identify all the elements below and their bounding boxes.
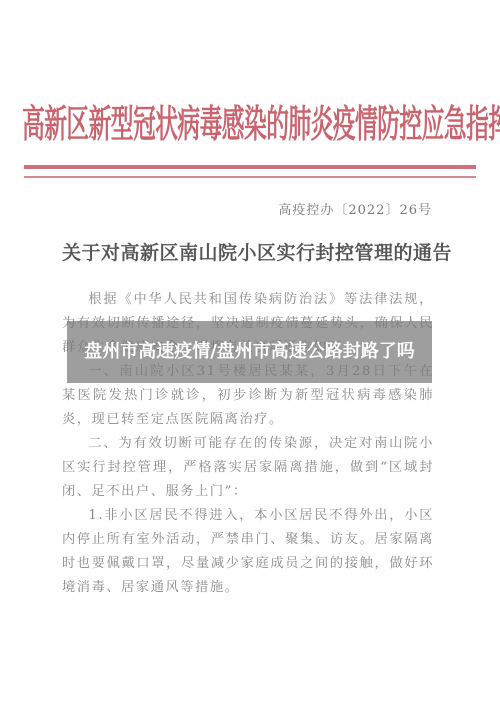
title-overlay-banner: 盘州市高速疫情/盘州市高速公路封路了吗 bbox=[67, 321, 432, 383]
document-title: 关于对高新区南山院小区实行封控管理的通告 bbox=[62, 238, 442, 265]
document-page: 高新区新型冠状病毒感染的肺炎疫情防控应急指挥部办公室 高疫控办〔2022〕26号… bbox=[0, 0, 500, 706]
header-rule-thick bbox=[24, 165, 476, 169]
paragraph-item-2-1: 1.非小区居民不得进入，本小区居民不得外出，小区内停止所有室外活动，严禁串门、聚… bbox=[62, 504, 434, 600]
header-rule-thin bbox=[24, 176, 476, 178]
overlay-title: 盘州市高速疫情/盘州市高速公路封路了吗 bbox=[80, 341, 420, 363]
document-number: 高疫控办〔2022〕26号 bbox=[278, 199, 432, 218]
paragraph-item-2: 二、为有效切断可能存在的传染源，决定对南山院小区实行封控管理，严格落实居家隔离措… bbox=[62, 432, 434, 504]
org-header: 高新区新型冠状病毒感染的肺炎疫情防控应急指挥部办公室 bbox=[22, 98, 478, 150]
